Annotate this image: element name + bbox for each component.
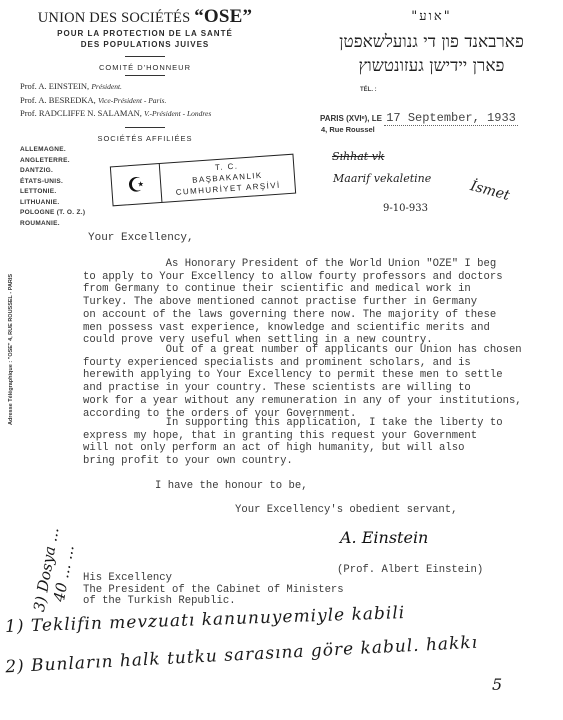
org-acronym: “OSE” [194,6,252,27]
salutation: Your Excellency, [88,232,194,244]
org-prefix: UNION DES SOCIÉTÉS [38,10,191,26]
tel-label: TÉL. : [360,87,377,93]
member-role: V.-Président - Londres [144,109,211,118]
letterhead-left: UNION DES SOCIÉTÉS “OSE” POUR LA PROTECT… [0,6,280,143]
signature: A. Einstein [340,528,428,547]
street-address: 4, Rue Roussel [321,125,375,134]
handwritten-note-1: 1) Teklifin mevzuatı kanunuyemiyle kabil… [5,603,406,637]
member-role: Président. [91,82,122,91]
committee-member: Prof. RADCLIFFE N. SALAMAN, V.-Président… [20,107,280,121]
member-name: Prof. RADCLIFFE N. SALAMAN, [20,108,142,118]
member-role: Vice-Président - Paris. [98,96,166,105]
divider [125,56,165,57]
paragraph-1: As Honorary President of the World Union… [83,258,563,347]
committee-list: Prof. A. EINSTEIN, Président. Prof. A. B… [20,80,280,121]
crescent-star-icon: ☪ [111,164,163,205]
paragraph-2: Out of a great number of applicants our … [83,344,563,420]
affiliate: POLOGNE (T. O. Z.) [20,208,85,219]
annotation-struck: Sıhhat vk [332,150,385,163]
affiliate: LETTONIE. [20,187,85,198]
dateline: PARIS (XVIᵉ), LE 17 September, 1933 [320,111,518,125]
paragraph-3: In supporting this application, I take t… [83,417,563,468]
org-subtitle-1: POUR LA PROTECTION DE LA SANTÉ [10,28,280,39]
place-label: PARIS (XVIᵉ), LE [320,114,382,123]
affiliate: ÉTATS-UNIS. [20,177,85,188]
divider [125,127,165,128]
hebrew-acronym: "אוע" [300,8,563,24]
hebrew-org-line2: פארן יידישן געזונטשוץ [300,56,563,76]
member-name: Prof. A. BESREDKA, [20,95,96,105]
divider [125,75,165,76]
committee-member: Prof. A. EINSTEIN, Président. [20,80,280,94]
annotation-date: 9-10-933 [383,203,428,214]
archive-stamp: ☪ T. C. BAŞBAKANLIK CUMHURİYET ARŞİVİ [110,154,296,207]
annotation-initial: İsmet [469,178,512,204]
committee-heading: COMITÉ D'HONNEUR [10,63,280,72]
org-subtitle-2: DES POPULATIONS JUIVES [10,39,280,50]
affiliates-heading: SOCIÉTÉS AFFILIÉES [10,134,280,143]
affiliate: DANTZIG. [20,166,85,177]
affiliate: ALLEMAGNE. [20,145,85,156]
closing-honour: I have the honour to be, [155,480,308,492]
stamp-text: T. C. BAŞBAKANLIK CUMHURİYET ARŞİVİ [160,155,295,202]
committee-member: Prof. A. BESREDKA, Vice-Président - Pari… [20,94,280,108]
page-number: 5 [492,675,502,694]
annotation-ministry: Maarif vekaletine [333,172,431,185]
handwritten-note-2: 2) Bunların halk tutku sarasına göre kab… [5,633,479,678]
affiliate: ROUMANIE. [20,219,85,230]
hebrew-org-line1: פארבאנד פון די גנועלשאפטן [300,32,563,52]
closing-servant: Your Excellency's obedient servant, [235,504,458,516]
affiliate: LITHUANIE. [20,198,85,209]
letter-date: 17 September, 1933 [384,111,518,126]
affiliate: ANGLETERRE. [20,156,85,167]
org-name: UNION DES SOCIÉTÉS “OSE” [10,6,280,28]
affiliates-list: ALLEMAGNE. ANGLETERRE. DANTZIG. ÉTATS-UN… [20,145,85,229]
member-name: Prof. A. EINSTEIN, [20,81,89,91]
typed-name: (Prof. Albert Einstein) [337,564,483,576]
telegraphic-address: Adresse Télégraphique : "OSE" 4, RUE ROU… [8,225,14,425]
recipient-block: His Excellency The President of the Cabi… [83,573,344,608]
